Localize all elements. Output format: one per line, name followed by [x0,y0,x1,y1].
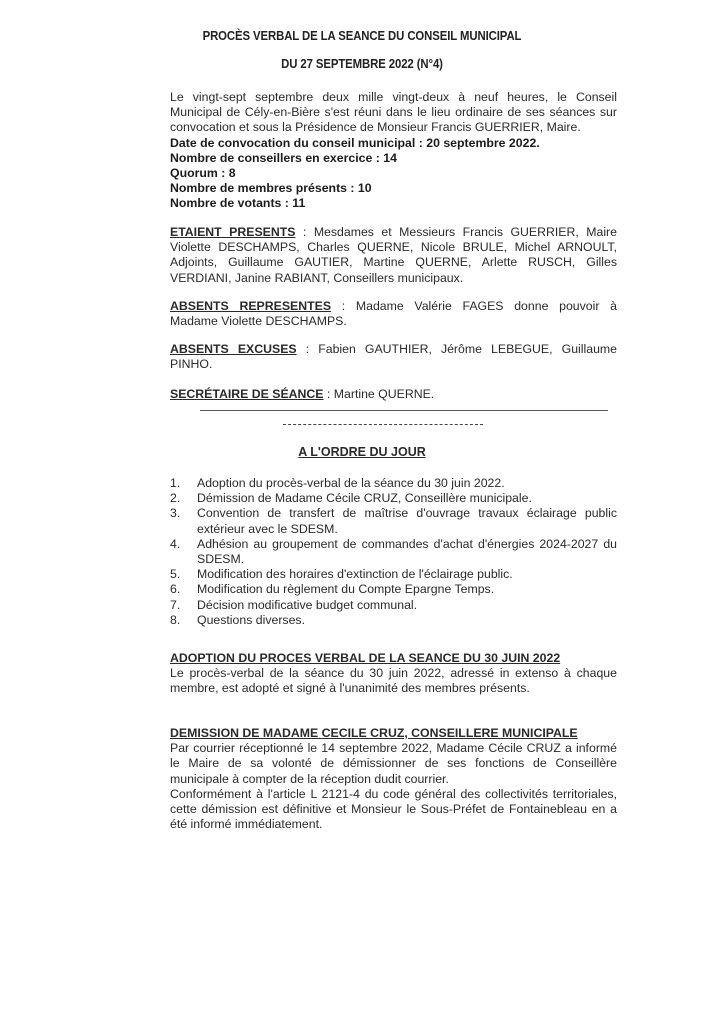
separator-dashed-line [283,424,483,425]
demission-line: cette démission est définitive et Monsie… [170,802,617,817]
votants-count: Nombre de votants : 11 [170,196,617,211]
quorum: Quorum : 8 [170,166,617,181]
absents-excuses-paragraph: ABSENTS EXCUSES : Fabien GAUTHIER, Jérôm… [170,342,617,372]
demission-line: municipale à compter de la réception dud… [170,772,617,787]
demission-heading: DEMISSION DE MADAME CECILE CRUZ, CONSEIL… [170,726,617,741]
agenda-item: 1.Adoption du procès-verbal de la séance… [170,476,617,491]
convocation-date: Date de convocation du conseil municipal… [170,136,617,151]
absents-excuses-label: ABSENTS EXCUSES [170,342,297,356]
conseillers-count: Nombre de conseillers en exercice : 14 [170,151,617,166]
agenda-item: 3.Convention de transfert de maîtrise d'… [170,506,617,536]
presents-label: ETAIENT PRESENTS [170,225,295,239]
adoption-line: Le procès-verbal de la séance du 30 juin… [170,666,617,681]
agenda-list: 1.Adoption du procès-verbal de la séance… [170,476,617,628]
agenda-item: 5.Modification des horaires d'extinction… [170,567,617,582]
document-subtitle-date: DU 27 SEPTEMBRE 2022 (N°4) [51,56,674,71]
presents-count: Nombre de membres présents : 10 [170,181,617,196]
adoption-heading: ADOPTION DU PROCES VERBAL DE LA SEANCE D… [170,651,617,666]
agenda-heading: A L'ORDRE DU JOUR [0,445,724,459]
agenda-item: 2.Démission de Madame Cécile CRUZ, Conse… [170,491,617,506]
separator-line [200,410,608,411]
presents-line: Violette DESCHAMPS, Charles QUERNE, Nico… [170,240,617,255]
absents-representes-line: Madame Violette DESCHAMPS. [170,314,617,329]
absents-representes-paragraph: ABSENTS REPRESENTES : Madame Valérie FAG… [170,299,617,329]
demission-line: Par courrier réceptionné le 14 septembre… [170,741,617,756]
agenda-item: 6.Modification du règlement du Compte Ep… [170,582,617,597]
absents-representes-label: ABSENTS REPRESENTES [170,299,331,313]
presents-paragraph: ETAIENT PRESENTS : Mesdames et Messieurs… [170,225,617,286]
adoption-line: membre, est adopté et signé à l'unanimit… [170,681,617,696]
presents-line: VERDIANI, Janine RABIANT, Conseillers mu… [170,271,617,286]
absents-representes-text: : Madame Valérie FAGES donne pouvoir à [331,299,617,313]
intro-line: Municipal de Cély-en-Bière s'est réuni d… [170,105,617,120]
absents-excuses-line: PINHO. [170,357,617,372]
demission-section: DEMISSION DE MADAME CECILE CRUZ, CONSEIL… [170,726,617,832]
secretaire-label: SECRÉTAIRE DE SÉANCE [170,387,324,401]
adoption-section: ADOPTION DU PROCES VERBAL DE LA SEANCE D… [170,651,617,697]
agenda-item: 4.Adhésion au groupement de commandes d'… [170,537,617,567]
document-title: PROCÈS VERBAL DE LA SEANCE DU CONSEIL MU… [51,28,674,43]
secretaire-value: : Martine QUERNE. [324,387,435,401]
demission-line: le Maire de sa volonté de démissionner d… [170,756,617,771]
secretaire-paragraph: SECRÉTAIRE DE SÉANCE : Martine QUERNE. [170,387,617,402]
agenda-item: 8.Questions diverses. [170,613,617,628]
document-page: PROCÈS VERBAL DE LA SEANCE DU CONSEIL MU… [0,0,724,1024]
agenda-item: 7.Décision modificative budget communal. [170,598,617,613]
presents-text: : Mesdames et Messieurs Francis GUERRIER… [295,225,617,239]
presents-line: Adjoints, Guillaume GAUTIER, Martine QUE… [170,255,617,270]
intro-paragraph: Le vingt-sept septembre deux mille vingt… [170,90,617,212]
absents-excuses-text: : Fabien GAUTHIER, Jérôme LEBEGUE, Guill… [297,342,617,356]
intro-line: convocation et sous la Présidence de Mon… [170,120,617,135]
intro-line: Le vingt-sept septembre deux mille vingt… [170,90,617,105]
demission-line: été informé immédiatement. [170,817,617,832]
demission-line: Conformément à l'article L 2121-4 du cod… [170,787,617,802]
